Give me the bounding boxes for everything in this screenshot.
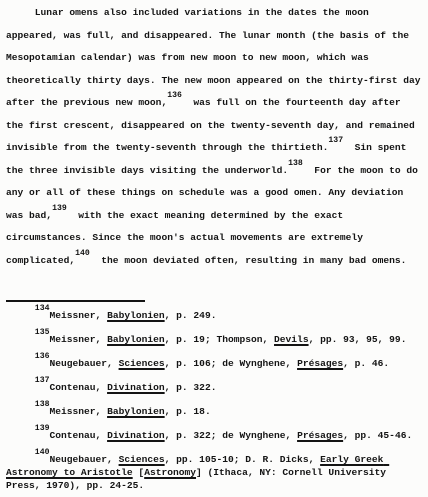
- text-segment: , p. 249.: [165, 310, 217, 321]
- footnote-marker: 136: [167, 91, 182, 100]
- text-segment: [: [133, 467, 145, 478]
- text-segment: Meissner,: [49, 310, 107, 321]
- underlined-title: Sciences: [119, 358, 165, 369]
- footnote-separator-rule: [6, 300, 145, 302]
- underlined-title: Présages: [297, 430, 343, 441]
- underlined-title: Sciences: [119, 454, 165, 465]
- footnote-number: 136: [35, 352, 50, 361]
- footnote-136: 136Neugebauer, Sciences, p. 106; de Wyng…: [6, 357, 423, 370]
- text-segment: , pp. 45-46.: [343, 430, 412, 441]
- footnote-number: 140: [35, 448, 50, 457]
- underlined-title: Présages: [297, 358, 343, 369]
- footnote-number: 139: [35, 424, 50, 433]
- underlined-title: Babylonien: [107, 406, 165, 417]
- text-segment: Meissner,: [49, 406, 107, 417]
- underlined-title: Devils: [274, 334, 309, 345]
- footnote-139: 139Contenau, Divination, p. 322; de Wyng…: [6, 429, 423, 442]
- body-paragraph: Lunar omens also included variations in …: [6, 2, 423, 272]
- footnote-140: 140Neugebauer, Sciences, pp. 105-10; D. …: [6, 453, 423, 492]
- text-segment: Contenau,: [49, 382, 107, 393]
- underlined-title: Divination: [107, 430, 165, 441]
- text-segment: Contenau,: [49, 430, 107, 441]
- text-segment: Lunar omens also included variations in …: [6, 7, 426, 108]
- text-segment: , pp. 93, 95, 99.: [309, 334, 407, 345]
- text-segment: , p. 46.: [343, 358, 389, 369]
- text-segment: Neugebauer,: [49, 454, 118, 465]
- footnote-137: 137Contenau, Divination, p. 322.: [6, 381, 423, 394]
- text-segment: , pp. 105-10; D. R. Dicks,: [165, 454, 320, 465]
- footnote-marker: 138: [288, 159, 303, 168]
- text-segment: Meissner,: [49, 334, 107, 345]
- footnote-number: 137: [35, 376, 50, 385]
- text-segment: , p. 322; de Wynghene,: [165, 430, 297, 441]
- footnotes-section: 134Meissner, Babylonien, p. 249.135Meiss…: [6, 309, 423, 492]
- footnote-marker: 139: [52, 204, 67, 213]
- text-segment: , p. 18.: [165, 406, 211, 417]
- footnote-marker: 140: [75, 249, 90, 258]
- text-segment: , p. 19; Thompson,: [165, 334, 274, 345]
- footnote-number: 138: [35, 400, 50, 409]
- footnote-number: 134: [35, 304, 50, 313]
- footnote-138: 138Meissner, Babylonien, p. 18.: [6, 405, 423, 418]
- footnote-marker: 137: [328, 136, 343, 145]
- footnote-135: 135Meissner, Babylonien, p. 19; Thompson…: [6, 333, 423, 346]
- underlined-title: Babylonien: [107, 334, 165, 345]
- text-segment: , p. 322.: [165, 382, 217, 393]
- underlined-title: Astronomy: [144, 467, 196, 478]
- underlined-title: Babylonien: [107, 310, 165, 321]
- text-segment: , p. 106; de Wynghene,: [165, 358, 297, 369]
- footnote-number: 135: [35, 328, 50, 337]
- footnote-134: 134Meissner, Babylonien, p. 249.: [6, 309, 423, 322]
- underlined-title: Divination: [107, 382, 165, 393]
- text-segment: Neugebauer,: [49, 358, 118, 369]
- document-page: Lunar omens also included variations in …: [0, 0, 428, 497]
- text-segment: the moon deviated often, resulting in ma…: [90, 255, 407, 266]
